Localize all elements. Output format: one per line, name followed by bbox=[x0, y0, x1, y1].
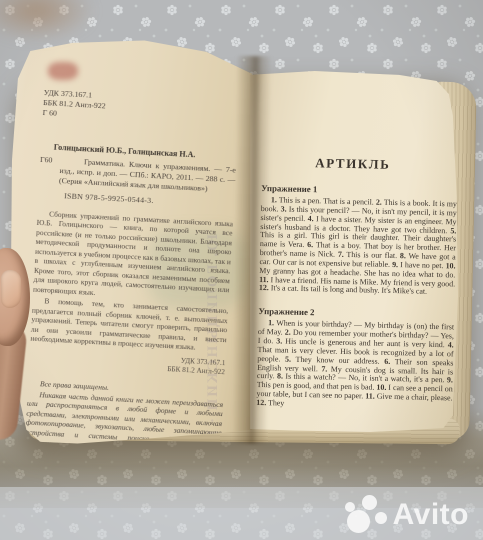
showthrough-red-blob bbox=[48, 62, 78, 80]
article-page-content: АРТИКЛЬ Упражнение 1 1. This is a pen. T… bbox=[256, 154, 458, 420]
exercise-2-text: 1. When is your birthday? — My birthday … bbox=[256, 319, 454, 412]
annotation-paragraph-2: В помощь тем, кто занимается самостоятел… bbox=[30, 296, 228, 354]
catalog-entry-text: Грамматика. Ключи к упражнениям. — 7-е и… bbox=[59, 156, 236, 195]
udk-right-block: УДК 373.167.1 ББК 81.2 Англ-922 bbox=[29, 348, 226, 378]
annotation-paragraph-1: Сборник упражнений по грамматике английс… bbox=[33, 209, 233, 305]
book-gutter-shadow bbox=[232, 56, 272, 444]
avito-wordmark: Avito bbox=[393, 498, 469, 532]
thumb-nail bbox=[1, 270, 21, 308]
avito-dot-small-right bbox=[375, 512, 387, 524]
catalog-entry: Г60 Грамматика. Ключи к упражнениям. — 7… bbox=[39, 155, 236, 195]
chapter-title: АРТИКЛЬ bbox=[262, 154, 444, 174]
avito-dot-large bbox=[347, 510, 370, 533]
hand-blur-top bbox=[0, 0, 96, 42]
catalog-entry-code: Г60 bbox=[40, 155, 53, 166]
right-page: АРТИКЛЬ Упражнение 1 1. This is a pen. T… bbox=[248, 58, 470, 442]
left-page: Ю. ГОЛИЦЫНСКИЙ · ГРАММАТИКА УДК 373.167.… bbox=[8, 38, 256, 446]
avito-watermark: Avito bbox=[344, 495, 469, 535]
isbn-line-top: ISBN 978-5-9925-0544-3. bbox=[64, 191, 234, 210]
avito-logo-icon bbox=[344, 495, 386, 535]
exercise-1-text: 1. This is a pen. That is a pencil. 2. T… bbox=[259, 196, 457, 298]
book-photo: Ю. ГОЛИЦЫНСКИЙ · ГРАММАТИКА УДК 373.167.… bbox=[0, 0, 483, 540]
avito-dot-medium bbox=[362, 495, 377, 510]
